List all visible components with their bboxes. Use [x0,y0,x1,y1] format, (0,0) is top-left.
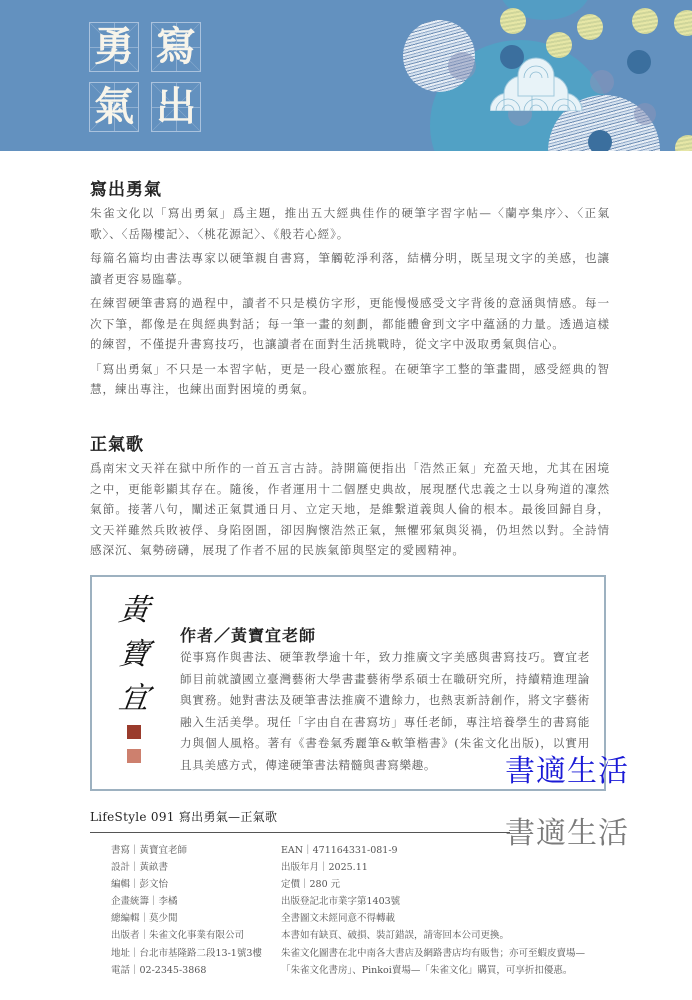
title-char: 寫 [152,23,200,71]
info-line: 全書圖文未經同意不得轉載 [281,910,611,927]
decorative-dot [500,8,526,34]
author-signature: 黃 寶 宜 [114,589,154,763]
info-line: 出版登記北市業字第1403號 [281,893,611,910]
decorative-dot [632,8,658,34]
credit-line: 出版者｜朱雀文化事業有限公司 [111,927,281,944]
info-line: 定價｜280 元 [281,876,611,893]
info-line: EAN｜471164331-081-9 [281,842,611,859]
title-char: 氣 [90,83,138,131]
info-line: 出版年月｜2025.11 [281,859,611,876]
title-cell: 勇 [89,22,139,72]
seal-stamp-icon [127,725,141,739]
signature-char: 黃 [116,589,152,633]
divider [90,832,510,833]
decorative-dot [674,10,692,36]
banner-title: 勇 寫 氣 出 [89,22,205,134]
header-banner: 勇 寫 氣 出 [0,0,692,151]
decorative-dot [675,135,692,151]
credit-line: 地址｜台北市基隆路二段13-1號3樓 [111,945,281,962]
credit-line: 電話｜02-2345-3868 [111,962,281,979]
decorative-dot [634,103,656,125]
decorative-dot [590,70,614,94]
title-char: 勇 [90,23,138,71]
section-write-courage: 寫出勇氣 朱雀文化以「寫出勇氣」爲主題，推出五大經典佳作的硬筆字習字帖—〈蘭亭集… [90,175,610,400]
paragraph: 「寫出勇氣」不只是一本習字帖，更是一段心靈旅程。在硬筆字工整的筆畫間，感受經典的… [90,359,610,400]
cloud-icon [490,56,590,111]
info-line: 本書如有缺頁、破損、裝訂錯誤，請寄回本公司更換。 [281,927,611,944]
decorative-dot [448,52,476,80]
seal-stamp-icon [127,749,141,763]
section-heading: 正氣歌 [90,430,610,455]
credit-line: 書寫｜黃寶宜老師 [111,842,281,859]
info-line: 朱雀文化圖書在北中南各大書店及網路書店均有販售；亦可至蝦皮賣場— [281,945,611,962]
signature-char: 寶 [116,633,152,677]
section-zhengqige: 正氣歌 爲南宋文天祥在獄中所作的一首五言古詩。詩開篇便指出「浩然正氣」充盈天地，… [90,430,610,561]
title-cell: 出 [151,82,201,132]
paragraph: 每篇名篇均由書法專家以硬筆親自書寫，筆觸乾淨利落，結構分明，既呈現文字的美感，也… [90,248,610,289]
credit-line: 設計｜黃畝書 [111,859,281,876]
colophon-publication-info: EAN｜471164331-081-9 出版年月｜2025.11 定價｜280 … [281,842,611,979]
credit-line: 總編輯｜莫少閒 [111,910,281,927]
colophon-credits: 書寫｜黃寶宜老師 設計｜黃畝書 編輯｜彭文怡 企畫統籌｜李橘 總編輯｜莫少閒 出… [111,842,281,979]
info-line: 「朱雀文化書房」、Pinkoi賣場—「朱雀文化」購買，可享折扣優惠。 [281,962,611,979]
overlay-text-blue: 書適生活 [505,746,629,790]
paragraph: 爲南宋文天祥在獄中所作的一首五言古詩。詩開篇便指出「浩然正氣」充盈天地，尤其在困… [90,458,610,561]
series-title: LifeStyle 091 寫出勇氣—正氣歌 [90,808,277,825]
credit-line: 企畫統籌｜李橘 [111,893,281,910]
title-cell: 氣 [89,82,139,132]
paragraph: 在練習硬筆書寫的過程中，讀者不只是模仿字形，更能慢慢感受文字背後的意涵與情感。每… [90,293,610,355]
decorative-dot [546,32,572,58]
signature-char: 宜 [116,677,152,721]
section-heading: 寫出勇氣 [90,175,610,200]
decorative-dot [627,50,651,74]
title-char: 出 [152,83,200,131]
author-title: 作者／黃寶宜老師 [180,623,316,646]
title-cell: 寫 [151,22,201,72]
decorative-dot [588,130,612,151]
decorative-dot [577,14,603,40]
credit-line: 編輯｜彭文怡 [111,876,281,893]
paragraph: 朱雀文化以「寫出勇氣」爲主題，推出五大經典佳作的硬筆字習字帖—〈蘭亭集序〉、〈正… [90,203,610,244]
